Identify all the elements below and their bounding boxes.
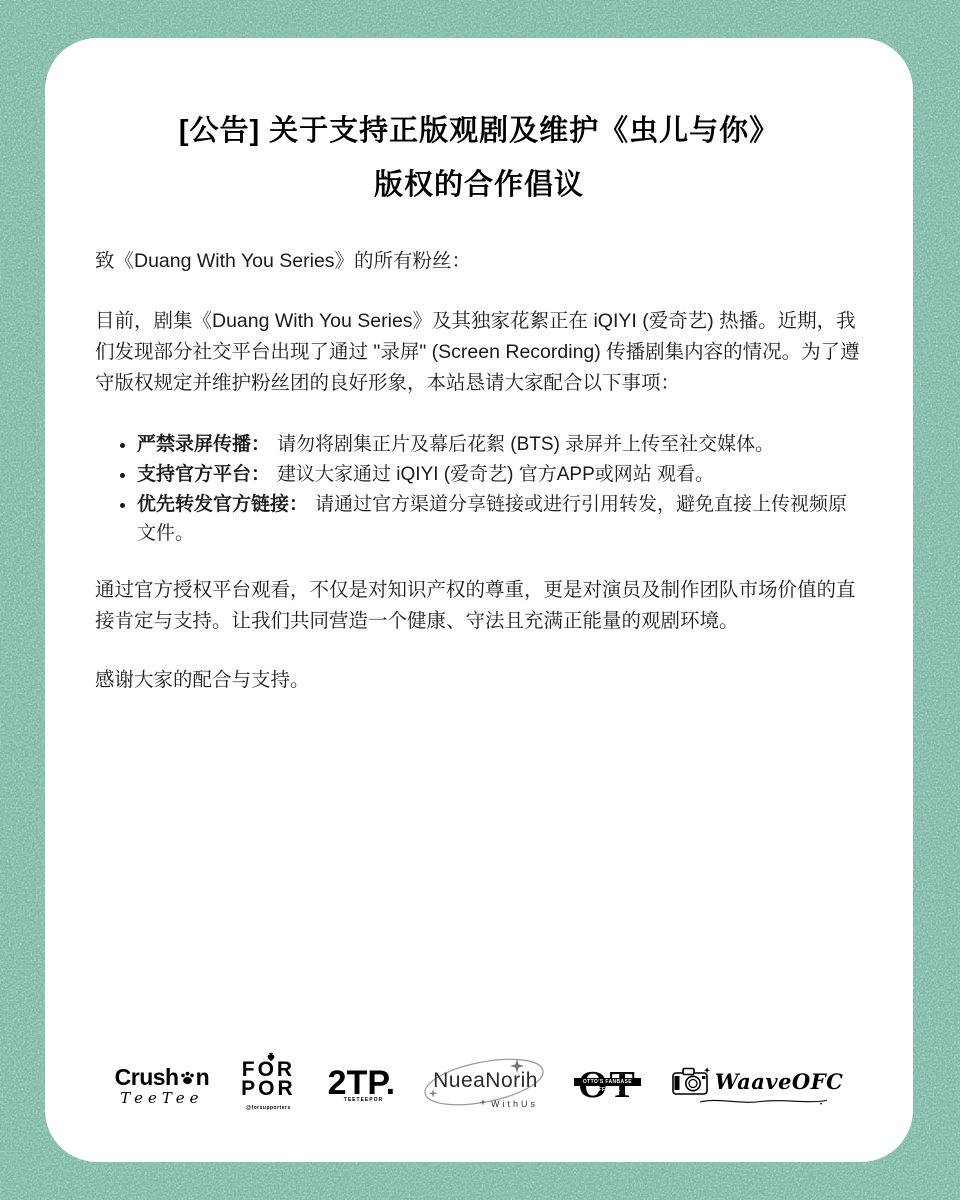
rule-label: 严禁录屏传播： xyxy=(137,434,270,455)
salutation: 致《Duang With You Series》的所有粉丝： xyxy=(95,246,863,277)
forpor-line-2: POR xyxy=(241,1079,296,1098)
list-item: 优先转发官方链接：请通过官方渠道分享链接或进行引用转发，避免直接上传视频原文件。 xyxy=(137,490,863,548)
crushon-word-end: n xyxy=(196,1064,210,1091)
strawberry-icon xyxy=(265,1052,277,1062)
list-item: 支持官方平台：建议大家通过 iQIYI (爱奇艺) 官方APP或网站 观看。 xyxy=(137,460,863,489)
thanks-line: 感谢大家的配合与支持。 xyxy=(95,665,863,696)
nueanorih-wordmark: NueaNorih xyxy=(433,1069,538,1093)
camera-icon xyxy=(671,1065,711,1097)
logo-ot: OT OTTO'S FANBASE OFFICIAL xyxy=(576,1065,639,1105)
paw-icon xyxy=(180,1071,195,1085)
ot-band-label: OTTO'S FANBASE OFFICIAL xyxy=(574,1078,641,1086)
waaveofc-wordmark: WaaveOFC xyxy=(715,1069,843,1094)
list-item: 严禁录屏传播：请勿将剧集正片及幕后花絮 (BTS) 录屏并上传至社交媒体。 xyxy=(137,430,863,459)
rule-text: 建议大家通过 iQIYI (爱奇艺) 官方APP或网站 观看。 xyxy=(277,464,714,485)
flourish-underline-icon xyxy=(699,1097,829,1105)
rules-list: 严禁录屏传播：请勿将剧集正片及幕后花絮 (BTS) 录屏并上传至社交媒体。 支持… xyxy=(95,430,863,548)
rule-label: 支持官方平台： xyxy=(137,464,270,485)
2tp-wordmark: 2TP. xyxy=(328,1067,395,1099)
closing-paragraph: 通过官方授权平台观看，不仅是对知识产权的尊重，更是对演员及制作团队市场价值的直接… xyxy=(95,575,863,637)
nueanorih-sub-label: WithUs xyxy=(433,1099,538,1109)
logo-forpor: FOR POR @forsupporters xyxy=(241,1052,296,1118)
rule-text: 请勿将剧集正片及幕后花絮 (BTS) 录屏并上传至社交媒体。 xyxy=(277,434,774,455)
logo-2tp: 2TP. TEETEEPOR xyxy=(328,1067,395,1103)
crushon-word-start: Crush xyxy=(115,1064,179,1091)
logo-crushon-teetee: Crush n TeeTee xyxy=(115,1064,210,1107)
title-line-2: 版权的合作倡议 xyxy=(95,158,863,212)
rule-label: 优先转发官方链接： xyxy=(137,494,308,515)
logo-waaveofc: WaaveOFC xyxy=(671,1065,843,1105)
intro-paragraph: 目前，剧集《Duang With You Series》及其独家花絮正在 iQI… xyxy=(95,306,863,399)
forpor-handle: @forsupporters xyxy=(241,1099,296,1118)
fanbase-logos-row: Crush n TeeTee FOR POR @forsupporters xyxy=(45,1052,913,1118)
announcement-card: [公告] 关于支持正版观剧及维护《虫儿与你》 版权的合作倡议 致《Duang W… xyxy=(45,38,913,1162)
crushon-sub-label: TeeTee xyxy=(115,1089,210,1107)
logo-nueanorih: NueaNorih WithUs xyxy=(427,1061,544,1109)
title-line-1: [公告] 关于支持正版观剧及维护《虫儿与你》 xyxy=(95,104,863,158)
page-title: [公告] 关于支持正版观剧及维护《虫儿与你》 版权的合作倡议 xyxy=(95,104,863,212)
